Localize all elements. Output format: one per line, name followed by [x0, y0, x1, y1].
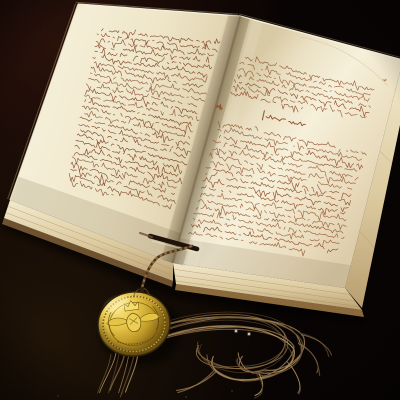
vignette [0, 0, 400, 400]
manuscript-photograph [0, 0, 400, 400]
photo-stage [0, 0, 400, 400]
